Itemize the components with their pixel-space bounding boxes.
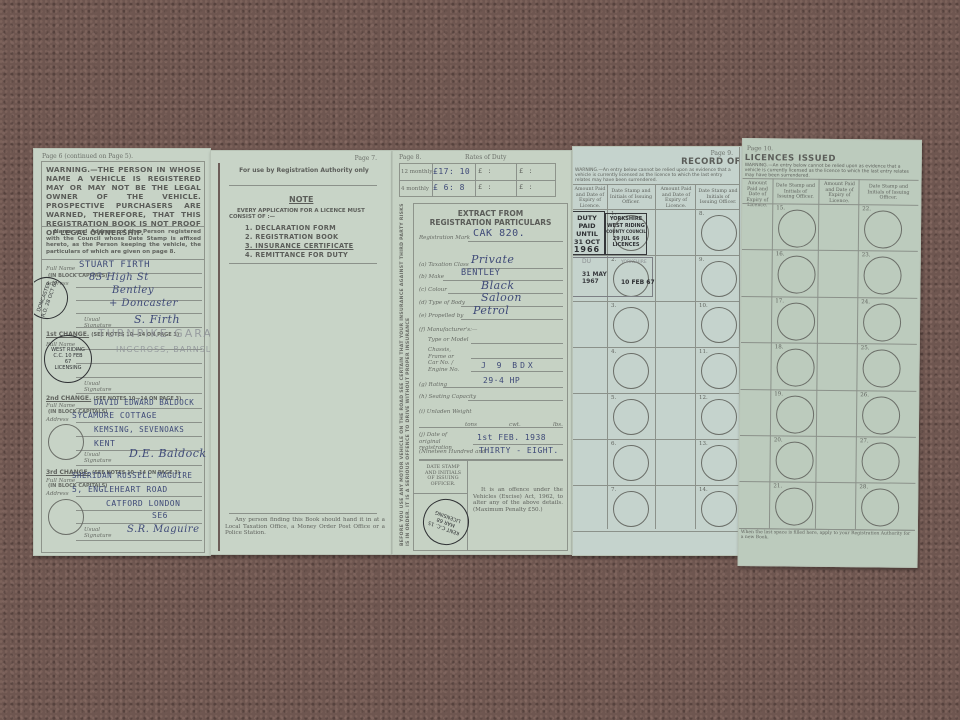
divider <box>413 493 467 494</box>
field-line <box>473 444 563 445</box>
date-stamp-circle <box>862 396 900 434</box>
page-10-label: Page 10. <box>747 145 773 152</box>
date-stamp-circle <box>775 441 813 479</box>
rates-of-duty-title: Rates of Duty <box>465 154 506 161</box>
owner-name: STUART FIRTH <box>79 260 150 270</box>
slot-number: 11. <box>699 349 708 355</box>
note-title: NOTE <box>289 195 313 204</box>
row-divider <box>741 296 917 299</box>
slot-number: 4. <box>611 349 616 355</box>
page-6-label: Page 6 (continued on Page 5). <box>42 153 133 160</box>
date-stamp-circle <box>701 215 737 251</box>
slot-number: 6. <box>611 441 616 447</box>
divider <box>229 263 377 264</box>
note-intro: EVERY APPLICATION FOR A LICENCE MUST CON… <box>229 208 379 220</box>
col-divider <box>769 178 774 528</box>
second-owner-address-3: KENT <box>94 439 115 448</box>
slot-number: 18. <box>775 345 784 351</box>
registration-mark-value: CAK 820. <box>473 228 525 239</box>
nineteen-hundred-value: THIRTY - EIGHT. <box>479 446 559 455</box>
date-stamp-circle <box>613 353 649 389</box>
original-registration-value: 1st FEB. 1938 <box>477 433 546 442</box>
row-divider <box>573 439 739 440</box>
rates-col-divider <box>475 163 476 197</box>
date-stamp-circle <box>775 488 813 526</box>
row-divider <box>573 485 739 486</box>
date-stamp-circle <box>613 491 649 527</box>
slot-number: 26. <box>860 392 869 398</box>
page-7-label: Page 7. <box>355 155 377 162</box>
page-9-label: Page 9. <box>711 150 733 157</box>
manufacturers-label: (f) Manufacturer's:— <box>419 327 477 333</box>
slot-number: 15. <box>776 205 785 211</box>
slot-number: 24. <box>861 299 870 305</box>
slot-number: 19. <box>774 391 783 397</box>
slot-number: 3. <box>611 303 616 309</box>
page-10-licence-record-panel: Page 10. LICENCES ISSUED WARNING.—An ent… <box>738 138 922 568</box>
body-type-value: Saloon <box>481 291 522 304</box>
date-stamp-circle <box>863 257 901 295</box>
duty-paid-stamp: DUTY PAID UNTIL 31 OCT 1966 <box>572 211 605 255</box>
address-label: Address <box>46 491 69 497</box>
insurance-side-warning: BEFORE YOU USE ANY MOTOR VEHICLE ON THE … <box>400 201 411 546</box>
slot-number: 8. <box>699 211 704 217</box>
page-6-owner-panel: Page 6 (continued on Page 5). WARNING.—T… <box>33 148 211 556</box>
nineteen-hundred-label: (Nineteen Hundred and <box>419 449 485 455</box>
slot-number: 9. <box>699 257 704 263</box>
field-line <box>419 427 563 428</box>
field-line <box>471 371 563 372</box>
west-riding-date-stamp: WEST RIDING C.C. 10 FEB 67 LICENSING <box>44 335 92 383</box>
field-line <box>419 459 563 461</box>
col-header-date-stamp: Date Stamp and Initials of Issuing Offic… <box>774 183 816 200</box>
slot-number: 21. <box>773 484 782 490</box>
engine-number-value: J 9 BDX <box>481 361 536 370</box>
col-header-date-stamp: Date Stamp and Initials of Issuing Offic… <box>697 189 739 206</box>
divider <box>42 226 204 227</box>
row-divider <box>573 347 739 348</box>
chassis-engine-label: Chassis, Frame or Car No. / Engine No. <box>428 347 464 373</box>
note-item-registration-book: 2. REGISTRATION BOOK <box>245 233 338 241</box>
body-type-label: (d) Type of Body <box>419 300 465 306</box>
field-line <box>76 496 202 497</box>
row-divider <box>573 393 739 394</box>
slot-number: 10. <box>699 303 708 309</box>
field-line <box>76 436 202 437</box>
date-stamp-circle <box>701 445 737 481</box>
date-stamp-circle <box>48 499 84 535</box>
stamp-box-divider <box>467 459 468 551</box>
second-office-stamp-date: 10 FEB 67 <box>621 279 655 286</box>
slot-number: 7. <box>611 487 616 493</box>
second-owner-address-1: SYCAMORE COTTAGE <box>72 411 157 420</box>
date-stamp-circle <box>862 349 900 387</box>
make-value: BENTLEY <box>461 268 500 278</box>
row-divider <box>573 255 739 256</box>
slot-number: 25. <box>861 345 870 351</box>
page-8-particulars-panel: Page 8. Rates of Duty 12 monthly £17: 10… <box>392 150 572 555</box>
slot-number: 17. <box>775 298 784 304</box>
col-header-amount-paid: Amount Paid and Date of Expiry of Licenc… <box>820 182 858 205</box>
field-line <box>461 319 563 320</box>
owner-address-1: 83 High St <box>89 272 149 283</box>
col-header-amount-paid: Amount Paid and Date of Expiry of Licenc… <box>657 187 695 209</box>
row-divider <box>739 481 915 484</box>
row-divider <box>573 301 739 302</box>
rate-12-col3: £ : <box>519 167 533 175</box>
date-stamp-circle <box>861 442 899 480</box>
rate-12-col2: £ : <box>478 167 492 175</box>
slot-number: 23. <box>862 253 871 259</box>
extract-title-2: REGISTRATION PARTICULARS <box>413 218 568 227</box>
slot-number: 12. <box>699 395 708 401</box>
offence-notice: It is an offence under the Vehicles (Exc… <box>473 487 563 513</box>
header-top-rule <box>573 184 739 185</box>
date-stamp-circle <box>701 491 737 527</box>
note-item-declaration: 1. DECLARATION FORM <box>245 224 336 232</box>
date-stamp-circle <box>701 399 737 435</box>
propelled-by-label: (e) Propelled by <box>419 313 463 319</box>
registered-person-intro: Name and Address of the Person registere… <box>46 229 201 255</box>
col-header-date-stamp: Date Stamp and Initials of Issuing Offic… <box>609 189 653 206</box>
col-header-date-stamp: Date Stamp and Initials of Issuing Offic… <box>860 184 916 201</box>
third-owner-address-1: 5, ENGLEHEART ROAD <box>72 485 168 494</box>
date-stamp-circle <box>48 424 84 460</box>
garage-address-overprint: INGCROSS, BARNSLEY. <box>116 345 211 354</box>
rates-col-divider <box>516 163 517 197</box>
west-riding-office-stamp: YORKSHIRE WEST RIDING COUNTY COUNCIL 29 … <box>605 213 647 255</box>
second-owner-address-2: KEMSING, SEVENOAKS <box>94 425 184 434</box>
note-item-insurance: 3. INSURANCE CERTIFICATE <box>245 242 353 250</box>
licence-slots-grid: 15.22.16.23.17.24.18.25.19.26.20.27.21.2… <box>743 139 921 141</box>
slot-number: 27. <box>860 438 869 444</box>
usual-signature-label: Usual Signature <box>84 452 114 464</box>
field-line <box>471 358 563 359</box>
registration-mark-label: Registration Mark <box>419 235 470 241</box>
registration-authority-header: For use by Registration Authority only <box>221 167 387 174</box>
date-stamp-circle <box>776 395 814 433</box>
record-of-title: RECORD OF <box>681 157 741 167</box>
date-stamp-circle <box>777 302 815 340</box>
second-office-stamp-text: YORKSHIRE <box>621 260 647 265</box>
slot-number: 14. <box>699 487 708 493</box>
new-book-notice: When the last space is filled here, appl… <box>741 530 913 542</box>
left-margin-line <box>218 163 220 551</box>
note-item-remittance: 4. REMITTANCE FOR DUTY <box>245 251 348 259</box>
slot-number: 13. <box>699 441 708 447</box>
divider <box>229 513 377 514</box>
rate-period-4: 4 monthly <box>401 186 429 192</box>
row-divider <box>741 342 917 345</box>
date-stamp-circle <box>613 399 649 435</box>
rates-row-divider <box>399 180 556 181</box>
date-stamp-circle <box>613 307 649 343</box>
taxation-class-value: Private <box>471 253 514 266</box>
date-stamp-circle <box>701 261 737 297</box>
page-7-notes-panel: Page 7. For use by Registration Authorit… <box>210 150 392 555</box>
col-header-amount-paid: Amount Paid and Date of Expiry of Licenc… <box>742 181 772 209</box>
field-line <box>468 241 563 242</box>
col-divider <box>695 184 696 529</box>
extract-title-1: EXTRACT FROM <box>413 209 568 218</box>
date-stamp-circle <box>701 307 737 343</box>
row-divider <box>573 531 739 532</box>
colour-label: (c) Colour <box>419 287 447 293</box>
date-stamp-circle <box>778 209 816 247</box>
address-label: Address <box>46 417 69 423</box>
rate-4-col2: £ : <box>478 183 492 191</box>
date-stamp-circle <box>613 445 649 481</box>
licence-warning: WARNING.—An entry below cannot be relied… <box>575 168 739 184</box>
divider <box>229 185 377 186</box>
col-header-amount-paid: Amount Paid and Date of Expiry of Licenc… <box>573 187 607 209</box>
field-line <box>76 422 202 423</box>
third-owner-address-3: SE6 <box>152 511 168 520</box>
make-label: (b) Make <box>419 274 444 280</box>
page-8-label: Page 8. <box>399 154 421 161</box>
second-owner-name: DAVID EDWARD BALDOCK <box>94 398 194 407</box>
slot-number: 22. <box>862 206 871 212</box>
rate-period-12: 12 monthly <box>401 169 432 175</box>
date-stamp-circle <box>701 353 737 389</box>
garage-name-overprint: TURNPIKE GARAGE <box>98 327 211 340</box>
date-stamp-circle <box>864 210 902 248</box>
date-stamp-circle <box>861 489 899 527</box>
usual-signature-label: Usual Signature <box>84 527 114 539</box>
unladen-weight-label: (i) Unladen Weight <box>419 409 472 415</box>
field-line <box>471 343 563 344</box>
third-owner-address-2: CATFORD LONDON <box>106 499 180 508</box>
third-owner-signature: S.R. Maguire <box>127 524 200 535</box>
field-line <box>76 393 202 394</box>
field-line <box>76 377 202 378</box>
row-divider <box>740 389 916 392</box>
col-divider <box>855 179 860 529</box>
slot-number: 16. <box>776 252 785 258</box>
lost-book-notice: Any person finding this Book should hand… <box>225 517 385 537</box>
owner-address-2: Bentley <box>112 285 154 296</box>
full-name-label: Full Name <box>46 266 75 272</box>
field-line <box>76 465 202 466</box>
slot-number: 28. <box>859 485 868 491</box>
owner-signature: S. Firth <box>134 313 180 326</box>
rate-4-col3: £ : <box>519 183 533 191</box>
second-owner-signature: D.E. Baldock <box>129 447 207 460</box>
row-divider <box>742 249 918 252</box>
propelled-by-value: Petrol <box>473 304 509 317</box>
field-line <box>76 510 202 511</box>
rate-4-monthly-value: £ 6: 8 <box>433 183 465 192</box>
field-line <box>443 387 563 388</box>
rating-value: 29·4 HP <box>483 376 520 385</box>
date-stamp-circle <box>863 303 901 341</box>
date-stamp-circle <box>777 256 815 294</box>
col-divider <box>655 184 656 529</box>
date-stamp-label: DATE STAMP AND INITIALS OF ISSUING OFFIC… <box>421 465 465 487</box>
field-line <box>468 400 563 401</box>
field-line <box>76 363 202 364</box>
usual-signature-label: Usual Signature <box>84 381 114 393</box>
type-or-model-label: Type or Model <box>428 337 468 343</box>
header-bottom-rule <box>573 209 739 210</box>
date-stamp-circle <box>776 349 814 387</box>
owner-address-3: + Doncaster <box>109 298 178 309</box>
slot-number: 20. <box>774 437 783 443</box>
field-line <box>76 540 202 541</box>
row-divider <box>740 435 916 438</box>
page-9-licence-record-panel: Page 9. RECORD OF WARNING.—An entry belo… <box>572 146 748 556</box>
third-owner-name: SHERIDAN RUSSELL MAGUIRE <box>72 471 192 480</box>
rate-12-monthly-value: £17: 10 <box>433 167 470 176</box>
slot-number: 5. <box>611 395 616 401</box>
